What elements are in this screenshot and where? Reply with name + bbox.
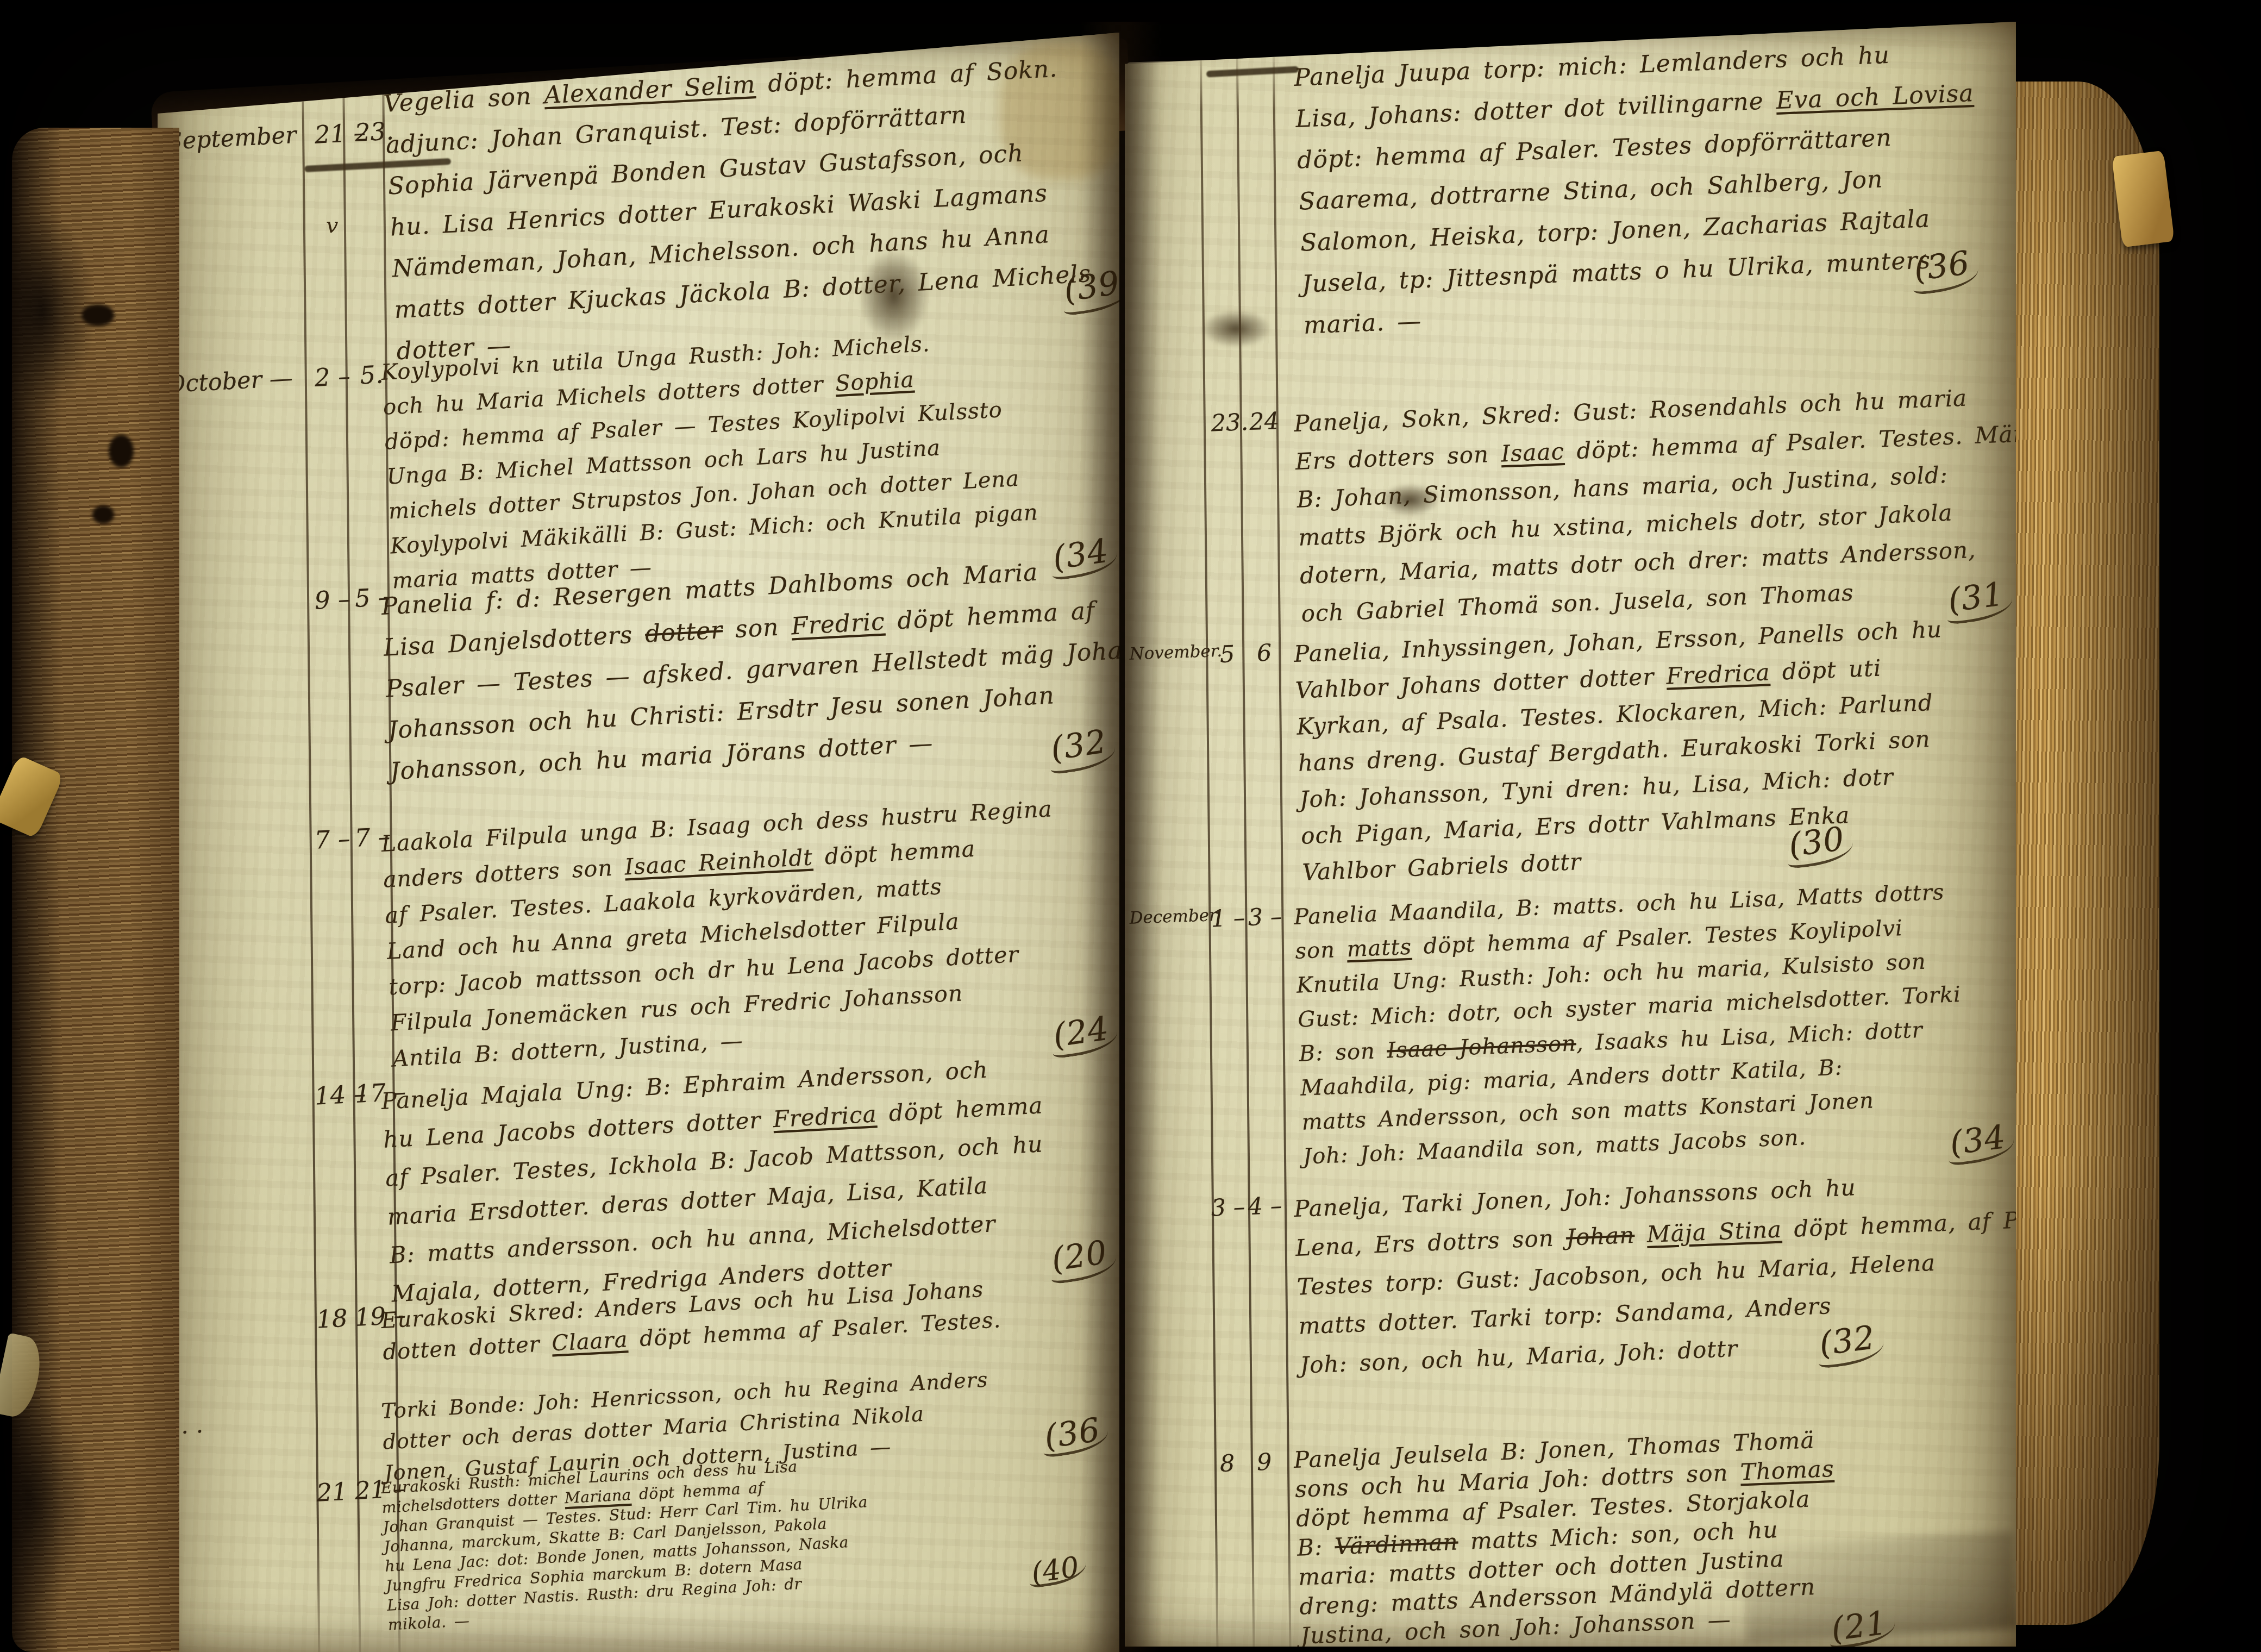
margin-row: 21 21 – [158,1474,391,1487]
register-entry: Panelja Jeulsela B: Jonen, Thomas Thomä … [1293,1418,2016,1647]
entry-number: (32 [1045,720,1117,775]
margin-underline-stroke [1206,66,1299,78]
margin-day-born: 9 – [314,585,350,615]
margin-row: 9 – 5 – [158,582,391,595]
margin-month-label: October — [166,365,293,398]
margin-row: 14 – 17 – [158,1078,391,1090]
margin-row: 7 – 7 – [158,822,391,834]
margin-note-mark: v [326,213,339,238]
margin-day-born: 23. [1211,409,1244,437]
right-fore-edge-page-block [2006,82,2159,1625]
register-entry: Panelia Maandila, B: matts. och hu Lisa,… [1293,873,2016,1174]
register-entry: Panelia f: d: Resergen matts Dahlboms oc… [380,548,1119,793]
column-rule [1236,46,1255,1647]
margin-day-baptized: 3 – [1248,903,1281,931]
entry-number: (34 [1945,1119,2016,1166]
right-page: 19 20 23. 24 November. 5 6 December 1 – … [1125,22,2016,1647]
register-entry: Laakola Filpula unga B: Isaag och dess h… [380,787,1119,1077]
margin-day-born [314,1411,349,1412]
book-clasp-strap [2112,151,2175,247]
margin-row: 19 20 [1125,28,1358,36]
left-page-stack-edge [12,128,179,1652]
column-rule [1200,46,1219,1647]
margin-day-baptized: 4 – [1248,1192,1281,1221]
column-rule [1273,46,1292,1647]
margin-row: October — 2 – 5. [158,359,391,372]
margin-month-label: November. [1129,641,1223,664]
margin-day-born: 5 [1211,640,1244,668]
margin-row: September 21 – 23. [158,116,391,129]
register-entry: Panelja, Tarki Jonen, Joh: Johanssons oc… [1293,1162,2016,1385]
margin-day-born: 18 [314,1304,350,1334]
margin-day-born: 14 – [314,1080,350,1111]
margin-day-baptized: 20 [1248,31,1281,59]
ink-spot [109,435,134,467]
margin-day-born: 3 – [1211,1193,1244,1222]
register-entry: Panelja, Sokn, Skred: Gust: Rosendahls o… [1293,377,2016,633]
ink-spot [82,304,114,326]
photograph-of-open-register-book: September 21 – 23. v October — 2 – 5. 9 … [0,0,2261,1652]
column-rule [342,57,361,1652]
ink-spot [92,505,114,524]
margin-month-label: September [166,122,297,155]
ink-blot [1201,310,1272,348]
entry-number: (21 [1826,1607,1897,1647]
margin-day-baptized: 6 [1248,639,1281,667]
register-entry: Panelia, Inhyssingen, Johan, Ersson, Pan… [1293,608,2016,891]
margin-day-born: 7 – [314,824,350,855]
left-page: September 21 – 23. v October — 2 – 5. 9 … [158,33,1119,1652]
register-entry: Panelja Juupa torp: mich: Lemlanders och… [1293,30,2016,347]
margin-day-born: 21 [314,1477,350,1507]
margin-day-born: 19 [1211,32,1244,60]
margin-day-born: 2 – [314,362,350,392]
margin-day-born: 1 – [1211,904,1244,933]
margin-month-label: December [1129,905,1217,928]
